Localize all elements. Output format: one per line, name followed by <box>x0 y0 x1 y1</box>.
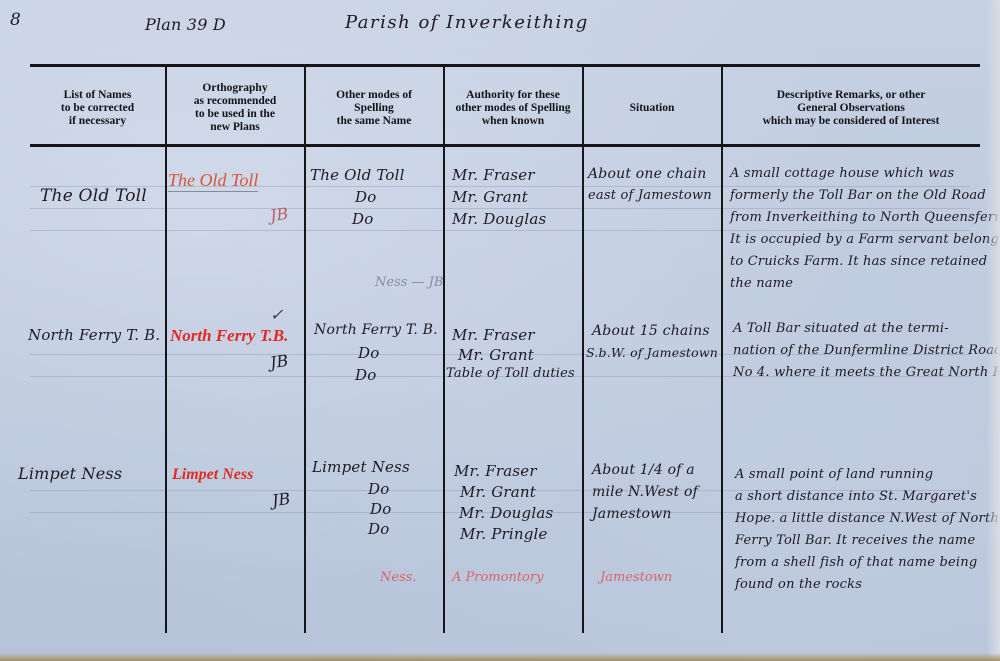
header-remarks: Descriptive Remarks, or other General Ob… <box>722 72 980 144</box>
red-annotation-ness: Ness. <box>380 570 417 585</box>
check-mark: ✓ <box>270 305 284 324</box>
remarks: A small point of land running a short di… <box>735 464 999 596</box>
header-orthography: Orthography as recommended to be used in… <box>166 72 304 144</box>
initials-mark: JB <box>269 204 290 225</box>
page-number: 8 <box>10 10 21 30</box>
name-cell: North Ferry T. B. <box>28 326 160 344</box>
page-edge <box>986 0 1000 661</box>
register-page: 8 Plan 39 D Parish of Inverkeithing List… <box>0 0 1000 661</box>
header-authority: Authority for these other modes of Spell… <box>444 72 582 144</box>
other-spelling-ditto: Do <box>352 210 373 228</box>
other-spelling-ditto: Do <box>355 366 376 384</box>
situation: S.b.W. of Jamestown <box>586 345 718 360</box>
situation: Jamestown <box>592 506 672 522</box>
other-spelling-ditto: Do <box>358 344 379 362</box>
orthography-cell: North Ferry T.B. <box>170 326 288 346</box>
other-spelling: Limpet Ness <box>312 458 410 476</box>
remarks: A small cottage house which was formerly… <box>730 163 1000 295</box>
situation: mile N.West of <box>592 484 698 500</box>
authority: Mr. Douglas <box>459 504 553 522</box>
authority: Mr. Grant <box>458 346 534 364</box>
authority: Mr. Pringle <box>460 525 548 543</box>
red-annotation-jamestown: Jamestown <box>600 570 672 585</box>
authority: Mr. Grant <box>452 188 528 206</box>
other-spelling-ditto: Do <box>368 520 389 538</box>
orthography-cell: Limpet Ness <box>172 466 253 484</box>
red-annotation-promontory: A Promontory <box>452 570 543 585</box>
page-edge <box>0 653 1000 661</box>
header-situation: Situation <box>583 72 721 144</box>
header-list-of-names: List of Names to be corrected if necessa… <box>30 72 165 144</box>
remarks: A Toll Bar situated at the termi- nation… <box>733 318 1000 384</box>
pencil-note: Ness — JB <box>375 275 443 290</box>
situation: About 15 chains <box>592 323 710 339</box>
parish-title: Parish of Inverkeithing <box>345 12 589 33</box>
authority: Mr. Fraser <box>454 462 537 480</box>
header-other-modes: Other modes of Spelling the same Name <box>305 72 443 144</box>
initials-mark: JB <box>269 351 290 372</box>
authority: Mr. Fraser <box>452 326 535 344</box>
table-top-rule <box>30 64 980 67</box>
name-cell: The Old Toll <box>40 186 147 206</box>
situation: About one chain <box>588 166 706 182</box>
situation: About 1/4 of a <box>592 462 695 478</box>
other-spelling: North Ferry T. B. <box>314 322 438 338</box>
situation: east of Jamestown <box>588 188 712 203</box>
column-divider <box>443 64 445 633</box>
column-divider <box>582 64 584 633</box>
authority: Mr. Grant <box>460 483 536 501</box>
initials-mark: JB <box>271 489 292 510</box>
name-cell: Limpet Ness <box>18 464 122 483</box>
orthography-cell: The Old Toll <box>168 170 258 192</box>
column-divider <box>304 64 306 633</box>
column-divider <box>165 64 167 633</box>
header-bottom-rule <box>30 144 980 147</box>
authority: Mr. Fraser <box>452 166 535 184</box>
authority: Mr. Douglas <box>452 210 546 228</box>
other-spelling-ditto: Do <box>355 188 376 206</box>
other-spelling-ditto: Do <box>370 500 391 518</box>
other-spelling-ditto: Do <box>368 480 389 498</box>
column-divider <box>721 64 723 633</box>
plan-label: Plan 39 D <box>145 15 226 34</box>
other-spelling: The Old Toll <box>310 166 405 184</box>
authority: Table of Toll duties <box>446 366 575 381</box>
